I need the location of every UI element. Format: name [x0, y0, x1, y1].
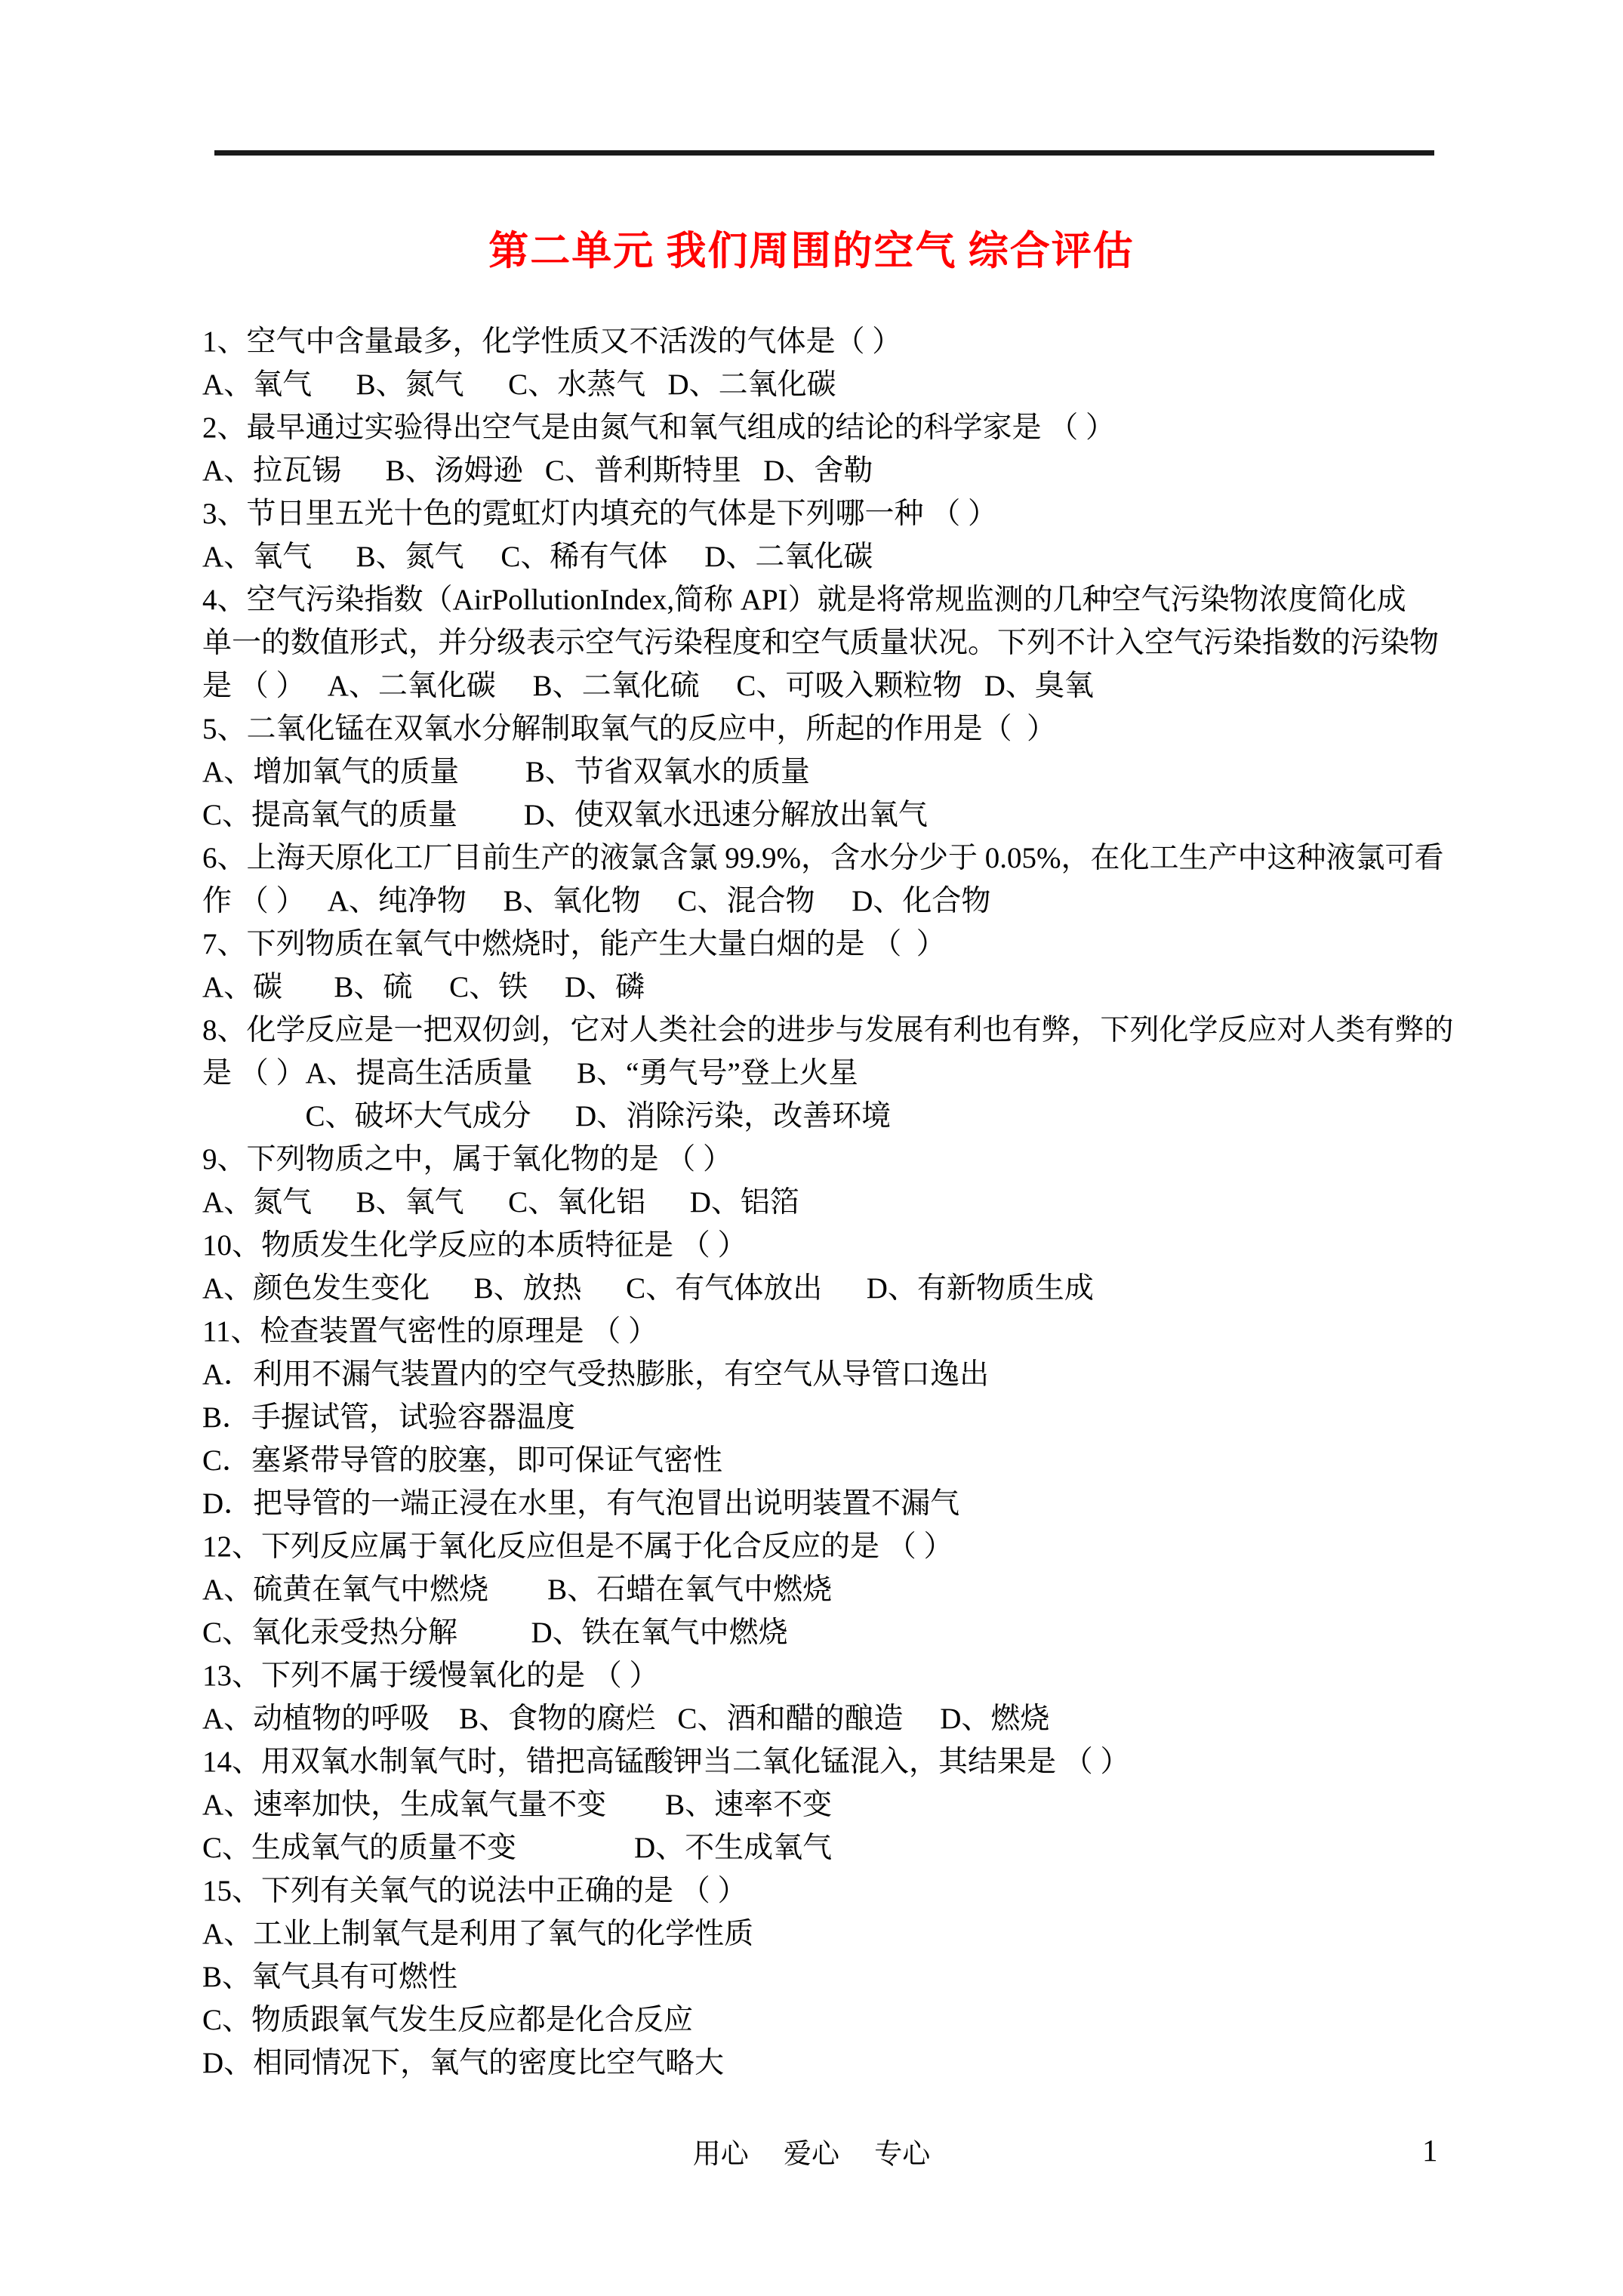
question-line: 13、下列不属于缓慢氧化的是 （ ）	[202, 1654, 1486, 1697]
question-line: A、颜色发生变化 B、放热 C、有气体放出 D、有新物质生成	[202, 1267, 1486, 1310]
question-line: A、氮气 B、氧气 C、氧化铝 D、铝箔	[202, 1181, 1486, 1224]
question-line: B、氧气具有可燃性	[202, 1955, 1486, 1999]
question-line: D、相同情况下，氧气的密度比空气略大	[202, 2042, 1486, 2085]
page-title: 第二单元 我们周围的空气 综合评估	[0, 229, 1623, 274]
question-line: A、氧气 B、氮气 C、稀有气体 D、二氧化碳	[202, 535, 1486, 578]
question-line: A、氧气 B、氮气 C、水蒸气 D、二氧化碳	[202, 363, 1486, 406]
question-line: A、工业上制氧气是利用了氧气的化学性质	[202, 1912, 1486, 1955]
question-line: 作 （ ） A、纯净物 B、氧化物 C、混合物 D、化合物	[202, 880, 1486, 923]
question-line: 1、空气中含量最多，化学性质又不活泼的气体是（ ）	[202, 320, 1486, 363]
page-number: 1	[1422, 2132, 1438, 2168]
question-line: A、碳 B、硫 C、铁 D、磷	[202, 966, 1486, 1009]
question-line: 14、用双氧水制氧气时，错把高锰酸钾当二氧化锰混入，其结果是 （ ）	[202, 1740, 1486, 1783]
question-line: C、氧化汞受热分解 D、铁在氧气中燃烧	[202, 1611, 1486, 1654]
question-line: 7、下列物质在氧气中燃烧时，能产生大量白烟的是 （ ）	[202, 923, 1486, 966]
question-line: C．塞紧带导管的胶塞，即可保证气密性	[202, 1439, 1486, 1482]
question-line: A、动植物的呼吸 B、食物的腐烂 C、酒和醋的酿造 D、燃烧	[202, 1697, 1486, 1740]
question-line: A．利用不漏气装置内的空气受热膨胀，有空气从导管口逸出	[202, 1353, 1486, 1396]
document-page: 第二单元 我们周围的空气 综合评估 1、空气中含量最多，化学性质又不活泼的气体是…	[0, 0, 1623, 2296]
question-line: C、物质跟氧气发生反应都是化合反应	[202, 1999, 1486, 2042]
question-list: 1、空气中含量最多，化学性质又不活泼的气体是（ ）A、氧气 B、氮气 C、水蒸气…	[202, 320, 1486, 2085]
question-line: 9、下列物质之中，属于氧化物的是 （ ）	[202, 1138, 1486, 1181]
question-line: 12、下列反应属于氧化反应但是不属于化合反应的是 （ ）	[202, 1525, 1486, 1568]
header-rule	[214, 150, 1434, 156]
question-line: 15、下列有关氧气的说法中正确的是 （ ）	[202, 1869, 1486, 1912]
question-line: B．手握试管，试验容器温度	[202, 1396, 1486, 1439]
question-line: D．把导管的一端正浸在水里，有气泡冒出说明装置不漏气	[202, 1482, 1486, 1525]
question-line: 5、二氧化锰在双氧水分解制取氧气的反应中，所起的作用是（ ）	[202, 707, 1486, 750]
question-line: 8、化学反应是一把双仞剑，它对人类社会的进步与发展有利也有弊，下列化学反应对人类…	[202, 1009, 1486, 1052]
question-line: 11、检查装置气密性的原理是 （ ）	[202, 1310, 1486, 1353]
question-line: 6、上海天原化工厂目前生产的液氯含氯 99.9%，含水分少于 0.05%，在化工…	[202, 837, 1486, 880]
question-line: A、速率加快，生成氧气量不变 B、速率不变	[202, 1783, 1486, 1826]
question-line: 3、节日里五光十色的霓虹灯内填充的气体是下列哪一种 （ ）	[202, 492, 1486, 535]
question-line: A、硫黄在氧气中燃烧 B、石蜡在氧气中燃烧	[202, 1568, 1486, 1611]
question-line: C、破坏大气成分 D、消除污染，改善环境	[202, 1095, 1486, 1138]
question-line: 10、物质发生化学反应的本质特征是 （ ）	[202, 1224, 1486, 1267]
question-line: C、提高氧气的质量 D、使双氧水迅速分解放出氧气	[202, 794, 1486, 837]
question-line: 是 （ ） A、二氧化碳 B、二氧化硫 C、可吸入颗粒物 D、臭氧	[202, 664, 1486, 707]
question-line: 4、空气污染指数（AirPollutionIndex,简称 API）就是将常规监…	[202, 578, 1486, 621]
question-line: A、拉瓦锡 B、汤姆逊 C、普利斯特里 D、舍勒	[202, 449, 1486, 492]
question-line: 是 （ ）A、提高生活质量 B、“勇气号”登上火星	[202, 1052, 1486, 1095]
question-line: A、增加氧气的质量 B、节省双氧水的质量	[202, 750, 1486, 794]
footer-motto: 用心 爱心 专心	[0, 2137, 1623, 2173]
question-line: C、生成氧气的质量不变 D、不生成氧气	[202, 1826, 1486, 1869]
question-line: 2、最早通过实验得出空气是由氮气和氧气组成的结论的科学家是 （ ）	[202, 406, 1486, 449]
question-line: 单一的数值形式，并分级表示空气污染程度和空气质量状况。下列不计入空气污染指数的污…	[202, 621, 1486, 664]
